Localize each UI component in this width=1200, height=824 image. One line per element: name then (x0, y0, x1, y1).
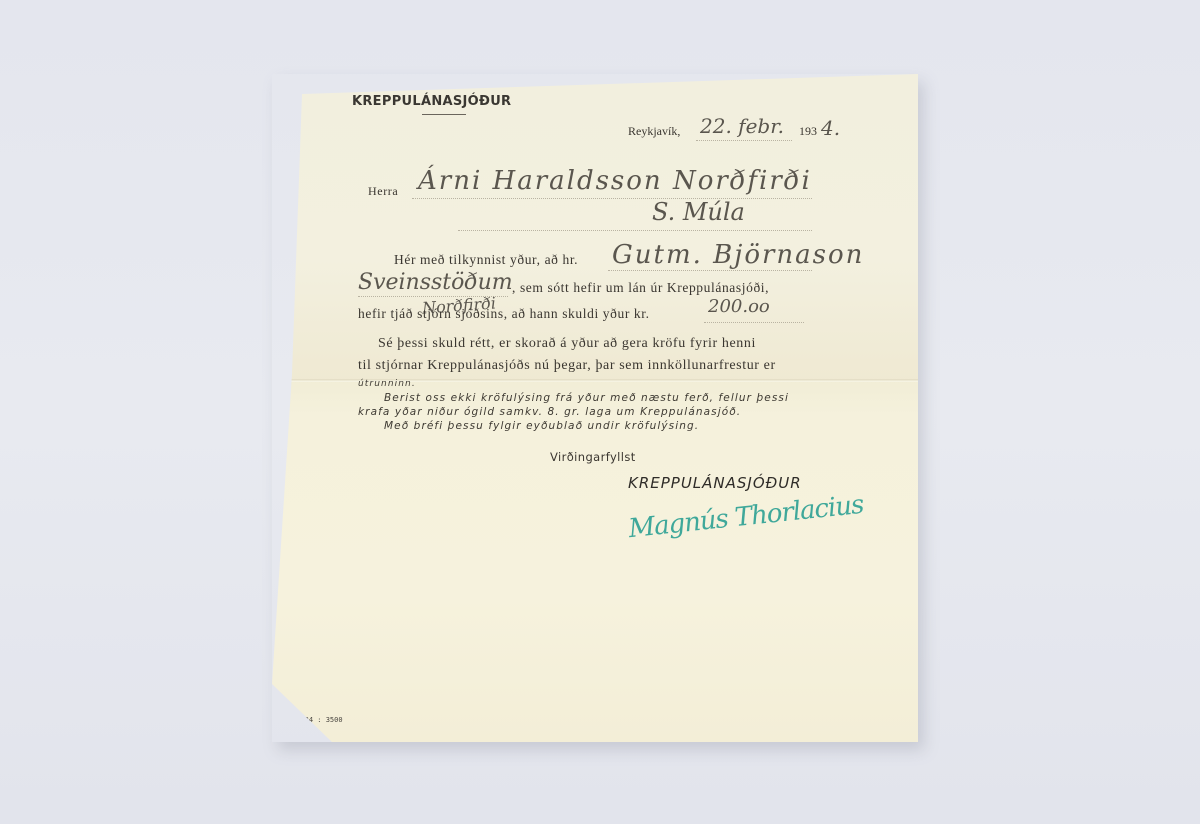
para1-start: Hér með tilkynnist yður, að hr. (394, 252, 578, 268)
paper-lower-half (272, 379, 918, 742)
letterhead-underline (422, 114, 466, 115)
salutation-label: Herra (368, 184, 398, 199)
letterhead: KREPPULÁNASJÓÐUR (352, 94, 511, 109)
place-label: Reykjavík, (628, 124, 680, 139)
debtor-dotted-line (608, 270, 812, 271)
signature-organization: KREPPULÁNASJÓÐUR (628, 474, 802, 492)
para1-mid: , sem sótt hefir um lán úr Kreppulánasjó… (512, 280, 769, 296)
para1-end: hefir tjáð stjórn sjóðsins, að hann skul… (358, 306, 650, 322)
para3-line2: krafa yðar niður ógild samkv. 8. gr. lag… (358, 406, 741, 418)
para2-line2: til stjórnar Kreppulánasjóðs nú þegar, þ… (358, 358, 776, 374)
amount-handwritten: 200.oo (708, 296, 770, 317)
date-dotted-line (696, 140, 792, 141)
para4: Með bréfi þessu fylgir eyðublað undir kr… (384, 420, 699, 432)
date-handwritten: 22. febr. (700, 114, 784, 138)
recipient-name-handwritten: Árni Haraldsson Norðfirði (418, 166, 812, 196)
para2-line1: Sé þessi skuld rétt, er skorað á yður að… (378, 336, 756, 352)
debtor-name-handwritten: Gutm. Björnason (612, 240, 864, 270)
year-handwritten: 4. (821, 116, 840, 140)
closing: Virðingarfyllst (550, 450, 636, 464)
year-printed: 193 (799, 124, 817, 139)
recipient-dotted-line-1 (412, 198, 812, 199)
debtor-location-handwritten: Sveinsstöðum (358, 270, 513, 295)
amount-dotted-line (704, 322, 804, 323)
letter-document: KREPPULÁNASJÓÐUR Reykjavík, 22. febr. 19… (272, 74, 918, 742)
recipient-region-handwritten: S. Múla (652, 198, 745, 226)
para2-line3: útrunninn. (358, 379, 416, 389)
recipient-dotted-line-2 (458, 230, 812, 231)
para3-line1: Berist oss ekki kröfulýsing frá yður með… (384, 392, 789, 404)
